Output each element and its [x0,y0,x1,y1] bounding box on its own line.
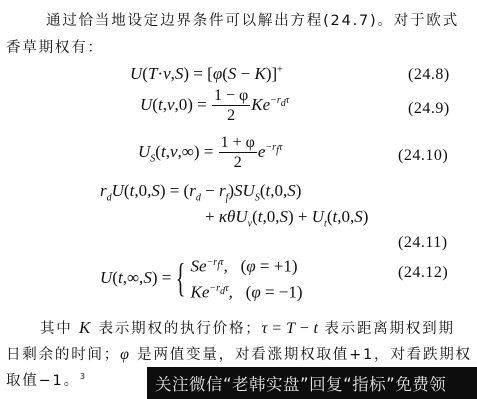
explanation-line-1: 其中 K 表示期权的执行价格；τ = T − t 表示距离期权到期 [40,317,455,338]
equation-number-24-11: (24.11) [398,234,448,252]
fraction-numerator: 1 + φ [219,135,257,153]
footnote-marker[interactable]: 3 [80,372,87,381]
variable-tau: τ = T − t [262,320,318,337]
fraction-denominator: 2 [212,106,250,124]
explanation-line-2: 日剩余的时间；φ 是两值变量，对看涨期权取值+1，对看跌期权 [6,343,472,364]
equation-24-11-line-1: rdU(t,0,S) = (rd − rf)SUS(t,0,S) [100,181,301,203]
explanation-line-3: 取值−1。3 [6,369,87,390]
text: 表示距离期权到期 [318,321,455,337]
equation-number-24-10: (24.10) [398,147,448,165]
equation-number-24-9: (24.9) [408,100,450,118]
equation-24-9: U(t,v,0) = 1 − φ2Ke−rdτ [140,88,289,124]
equation-number-24-12: (24.12) [398,264,448,282]
text: 日剩余的时间； [6,347,120,363]
intro-line-1: 通过恰当地设定边界条件可以解出方程(24.7)。对于欧式 [46,9,459,30]
watermark-banner: 关注微信“老韩实盘”回复“指标”免费领 [147,367,477,399]
variable-phi: φ [120,346,131,363]
equation-number-24-8: (24.8) [408,66,450,84]
text: 取值−1。 [6,373,80,389]
fraction-denominator: 2 [219,153,257,171]
variable-K: K [79,318,92,337]
fraction-numerator: 1 − φ [212,88,250,106]
equation-24-8: U(T·v,S) = [φ(S − K)]+ [130,64,283,84]
text: 其中 [40,321,79,337]
equation-24-11-line-2: + κθUv(t,0,S) + Ut(t,0,S) [205,207,368,229]
intro-line-2: 香草期权有： [6,36,104,57]
equation-24-10: US(t,v,∞) = 1 + φ2e−rfτ [138,135,282,171]
text: 是两值变量，对看涨期权取值+1，对看跌期权 [131,347,472,363]
text: 表示期权的执行价格； [92,321,261,337]
equation-24-12: U(t,∞,S) = { Se−rfτ, (φ = +1) Ke−rdτ, (φ… [100,252,303,303]
